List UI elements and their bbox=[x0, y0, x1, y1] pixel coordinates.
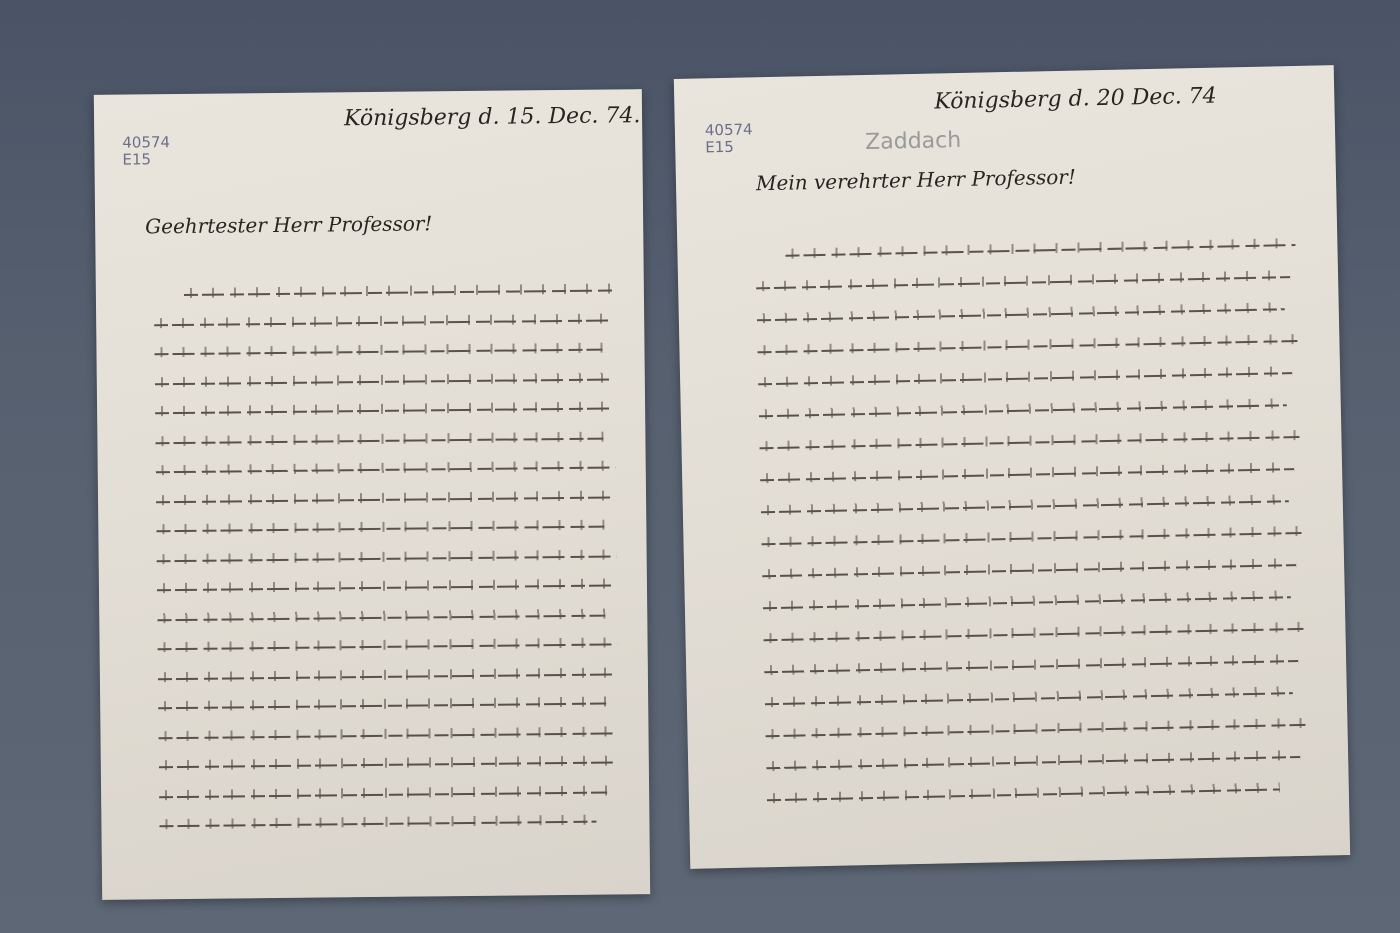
handwriting-line bbox=[155, 349, 603, 356]
handwriting-line bbox=[766, 724, 1306, 737]
handwriting-line bbox=[757, 308, 1285, 321]
body-note: Handwritten body text (illegible at this… bbox=[690, 868, 691, 869]
archive-mark: 40574 E15 bbox=[705, 121, 753, 156]
handwriting-line bbox=[155, 437, 603, 444]
body-note: Handwritten body text (illegible at this… bbox=[102, 899, 103, 900]
letter-left: 40574 E15 Königsberg d. 15. Dec. 74. Gee… bbox=[94, 89, 650, 900]
handwriting-line bbox=[767, 788, 1280, 801]
handwriting-line bbox=[158, 643, 618, 650]
handwriting-line bbox=[758, 372, 1292, 385]
pencil-note: Zaddach bbox=[865, 128, 962, 155]
handwriting-line bbox=[756, 276, 1290, 289]
handwriting-line bbox=[184, 289, 614, 296]
handwriting-line bbox=[759, 404, 1287, 417]
handwriting-line bbox=[159, 791, 607, 798]
dateline: Königsberg d. 20 Dec. 74 bbox=[934, 84, 1217, 115]
handwriting-line bbox=[155, 378, 615, 385]
handwriting-line bbox=[766, 756, 1300, 769]
dateline: Königsberg d. 15. Dec. 74. bbox=[344, 103, 641, 131]
salutation: Mein verehrter Herr Professor! bbox=[756, 165, 1076, 196]
handwriting-line bbox=[763, 596, 1291, 609]
handwriting-line bbox=[762, 532, 1302, 545]
handwriting-line bbox=[157, 555, 617, 562]
letter-right: 40574 E15 Zaddach Königsberg d. 20 Dec. … bbox=[674, 65, 1350, 869]
handwriting-line bbox=[156, 526, 604, 533]
handwriting-line bbox=[760, 468, 1294, 481]
handwriting-line bbox=[760, 436, 1300, 449]
handwriting-line bbox=[758, 340, 1298, 353]
handwriting-line bbox=[158, 703, 606, 710]
handwriting-line bbox=[761, 500, 1289, 513]
letter-body bbox=[94, 89, 642, 95]
handwriting-line bbox=[159, 761, 613, 768]
handwriting-line bbox=[158, 673, 612, 680]
handwriting-line bbox=[786, 244, 1296, 257]
handwriting-line bbox=[762, 564, 1296, 577]
handwriting-line bbox=[159, 732, 619, 739]
handwriting-line bbox=[156, 496, 610, 503]
letter-body bbox=[674, 65, 1334, 79]
handwriting-line bbox=[156, 466, 616, 473]
handwriting-line bbox=[764, 628, 1304, 641]
handwriting-line bbox=[157, 585, 611, 592]
handwriting-line bbox=[157, 614, 605, 621]
handwriting-line bbox=[154, 319, 608, 326]
handwriting-line bbox=[765, 692, 1293, 705]
salutation: Geehrtester Herr Professor! bbox=[145, 211, 432, 238]
handwriting-line bbox=[159, 821, 596, 828]
handwriting-line bbox=[764, 660, 1298, 673]
archive-mark: 40574 E15 bbox=[122, 134, 170, 168]
handwriting-line bbox=[155, 408, 609, 415]
